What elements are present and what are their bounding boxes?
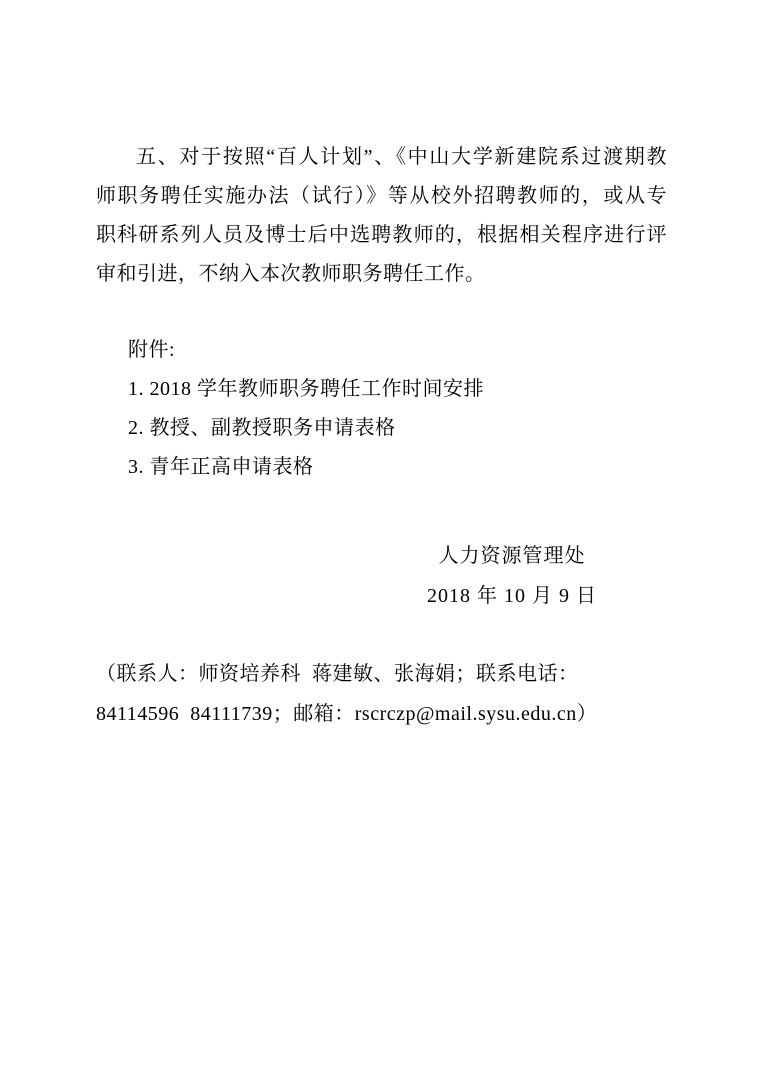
signature-block: 人力资源管理处 2018 年 10 月 9 日 (392, 536, 632, 616)
signature-date: 2018 年 10 月 9 日 (392, 576, 632, 616)
attachments-section: 附件: 1. 2018 学年教师职务聘任工作时间安排 2. 教授、副教授职务申请… (96, 331, 667, 487)
attachment-item: 2. 教授、副教授职务申请表格 (128, 409, 667, 448)
signature-department: 人力资源管理处 (392, 536, 632, 576)
paragraph-line: 五、对于按照“百人计划”、《中山大学新建院系过渡期教 (96, 138, 667, 177)
document-page: 五、对于按照“百人计划”、《中山大学新建院系过渡期教 师职务聘任实施办法（试行）… (0, 0, 763, 1080)
body-paragraph: 五、对于按照“百人计划”、《中山大学新建院系过渡期教 师职务聘任实施办法（试行）… (96, 138, 667, 294)
paragraph-line: 审和引进，不纳入本次教师职务聘任工作。 (96, 255, 667, 294)
page-content: 五、对于按照“百人计划”、《中山大学新建院系过渡期教 师职务聘任实施办法（试行）… (0, 0, 763, 734)
attachment-item: 1. 2018 学年教师职务聘任工作时间安排 (128, 370, 667, 409)
contact-line: 84114596 84111739；邮箱：rscrczp@mail.sysu.e… (96, 694, 667, 734)
attachment-item: 3. 青年正高申请表格 (128, 448, 667, 487)
paragraph-line: 职科研系列人员及博士后中选聘教师的，根据相关程序进行评 (96, 216, 667, 255)
paragraph-line: 师职务聘任实施办法（试行）》等从校外招聘教师的，或从专 (96, 177, 667, 216)
contact-line: （联系人：师资培养科 蒋建敏、张海娟；联系电话： (96, 654, 667, 694)
attachments-label: 附件: (128, 331, 667, 370)
contact-info: （联系人：师资培养科 蒋建敏、张海娟；联系电话： 84114596 841117… (96, 654, 667, 734)
